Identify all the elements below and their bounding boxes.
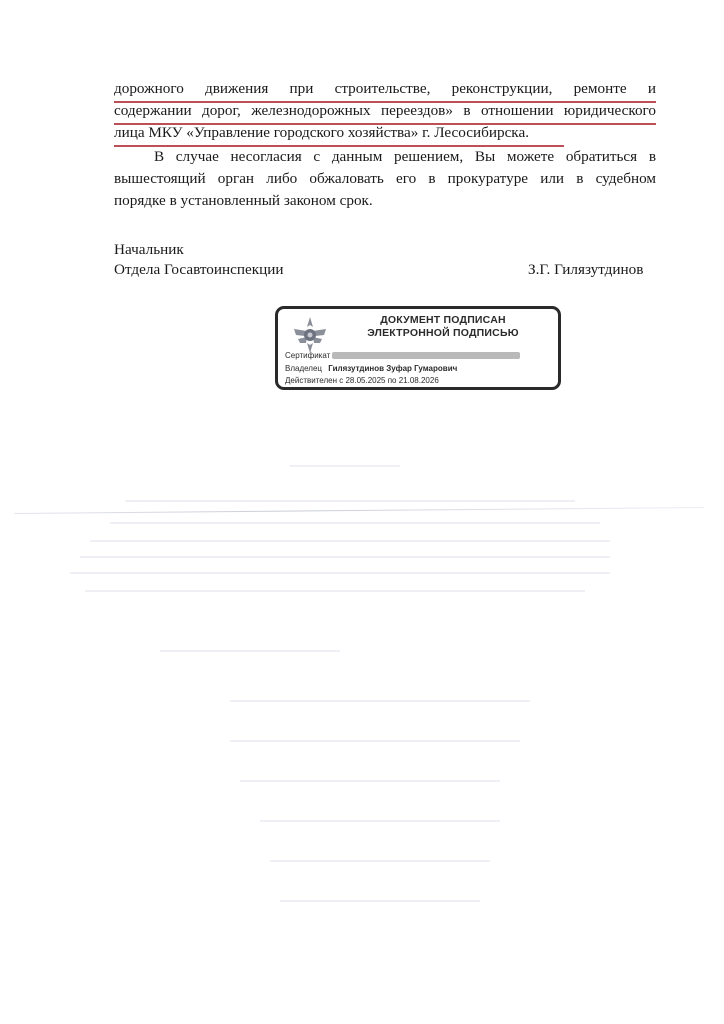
paragraph-line: вышестоящий орган либо обжаловать его в … bbox=[114, 168, 656, 190]
stamp-title-line: ДОКУМЕНТ ПОДПИСАН bbox=[338, 314, 548, 327]
certificate-redaction bbox=[332, 352, 520, 359]
document-page: дорожного движения при строительстве, ре… bbox=[0, 0, 724, 1024]
paragraph-line: содержании дорог, железнодорожных переез… bbox=[114, 100, 656, 122]
bleed-through-mark bbox=[270, 860, 490, 862]
bleed-through-mark bbox=[70, 572, 610, 574]
stamp-title: ДОКУМЕНТ ПОДПИСАН ЭЛЕКТРОННОЙ ПОДПИСЬЮ bbox=[338, 314, 548, 340]
position-title: Начальник bbox=[114, 240, 284, 260]
bleed-through-mark bbox=[80, 556, 610, 558]
red-underline bbox=[114, 123, 656, 125]
owner-label: Владелец bbox=[285, 364, 322, 373]
paragraph-line: лица МКУ «Управление городского хозяйств… bbox=[114, 122, 656, 144]
paragraph-appeal: В случае несогласия с данным решением, В… bbox=[114, 146, 656, 212]
paragraph-line: дорожного движения при строительстве, ре… bbox=[114, 78, 656, 100]
certificate-label: Сертификат bbox=[285, 351, 330, 360]
paragraph-line: В случае несогласия с данным решением, В… bbox=[114, 146, 656, 168]
bleed-through-mark bbox=[280, 900, 480, 902]
owner-row: Владелец Гилязутдинов Зуфар Гумарович bbox=[285, 364, 457, 374]
validity-row: Действителен с 28.05.2025 по 21.08.2026 bbox=[285, 376, 439, 386]
position-department: Отдела Госавтоинспекции bbox=[114, 260, 284, 280]
paragraph-violation: дорожного движения при строительстве, ре… bbox=[114, 78, 656, 144]
stamp-title-line: ЭЛЕКТРОННОЙ ПОДПИСЬЮ bbox=[338, 327, 548, 340]
bleed-through-mark bbox=[240, 780, 500, 782]
signer-position: Начальник Отдела Госавтоинспекции bbox=[114, 240, 284, 280]
paragraph-line: порядке в установленный законом срок. bbox=[114, 190, 656, 212]
bleed-through-mark bbox=[85, 590, 585, 592]
certificate-row: Сертификат bbox=[285, 351, 520, 361]
bleed-through-mark bbox=[110, 522, 600, 524]
red-underline bbox=[114, 101, 656, 103]
bleed-through-mark bbox=[125, 500, 575, 502]
bleed-through-mark bbox=[260, 820, 500, 822]
owner-name: Гилязутдинов Зуфар Гумарович bbox=[328, 364, 457, 373]
mvd-eagle-emblem-icon bbox=[290, 315, 330, 355]
electronic-signature-stamp: ДОКУМЕНТ ПОДПИСАН ЭЛЕКТРОННОЙ ПОДПИСЬЮ С… bbox=[275, 306, 561, 390]
bleed-through-mark bbox=[90, 540, 610, 542]
bleed-through-mark bbox=[230, 740, 520, 742]
paper-fold-line bbox=[14, 507, 704, 514]
bleed-through-mark bbox=[290, 465, 400, 467]
signer-name: З.Г. Гилязутдинов bbox=[528, 260, 643, 280]
bleed-through-mark bbox=[160, 650, 340, 652]
bleed-through-mark bbox=[230, 700, 530, 702]
